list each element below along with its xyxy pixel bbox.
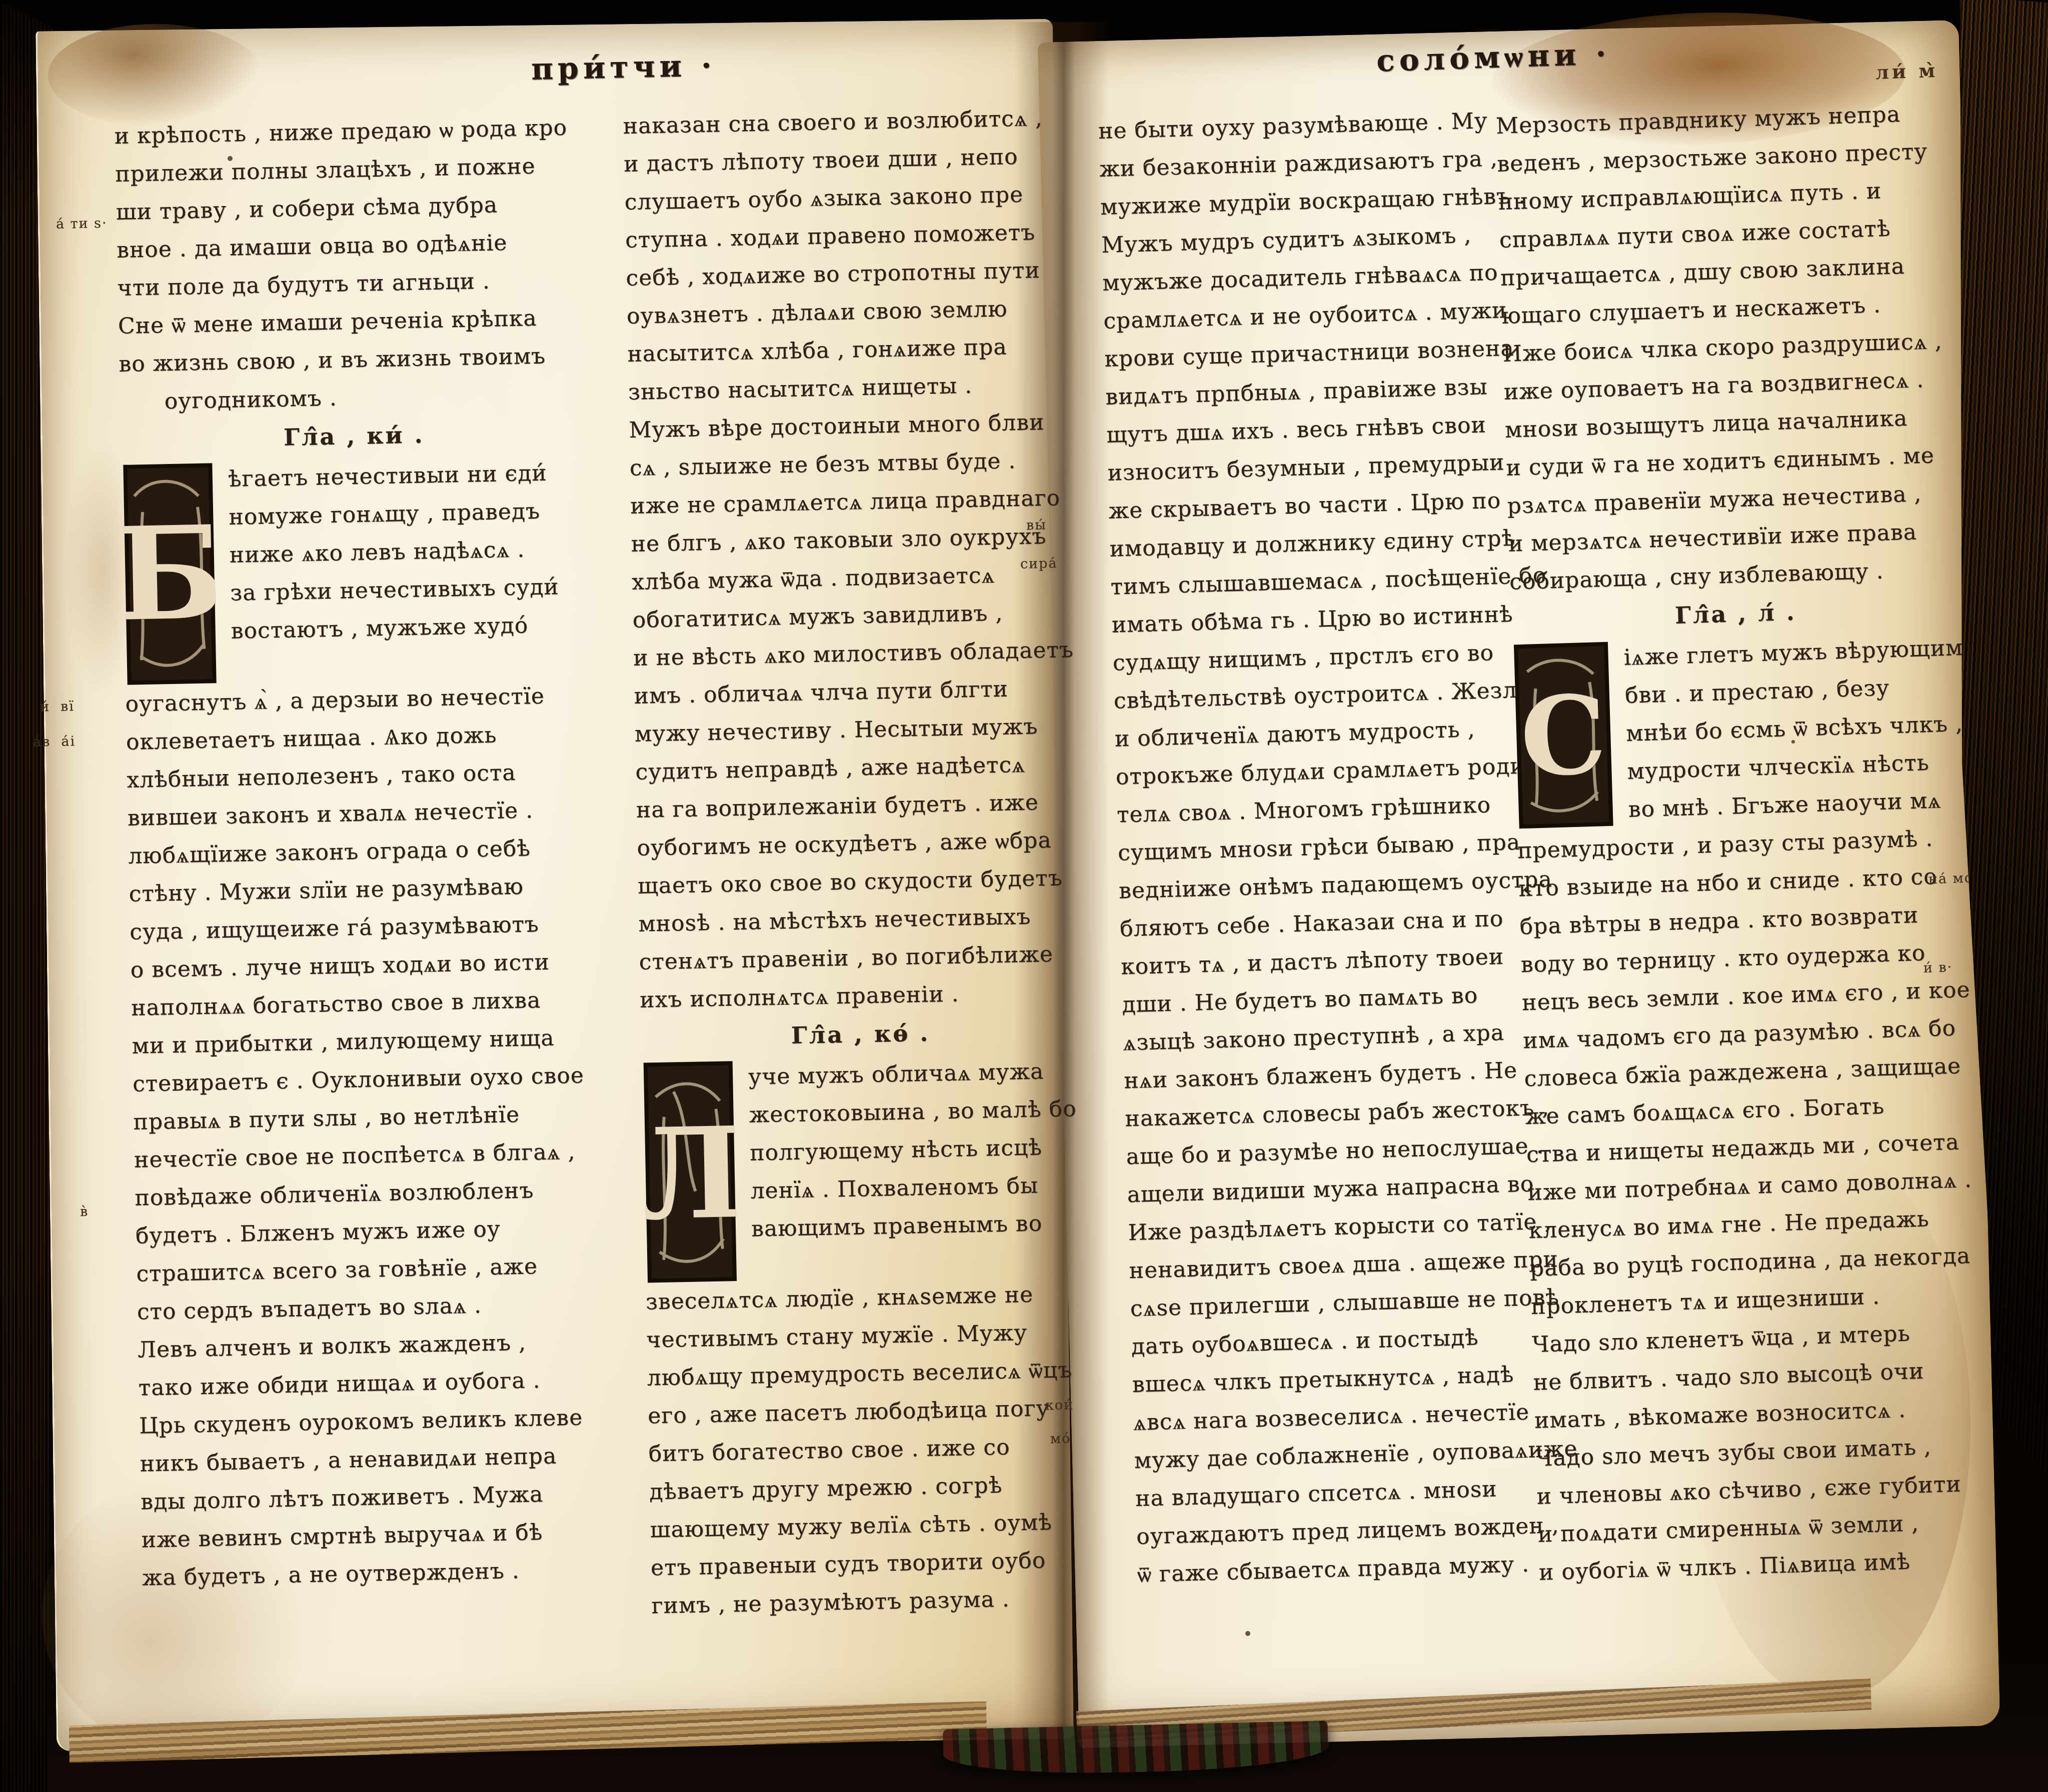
initial-adjacent-lines: ѣгаетъ нечестивыи ни єди́номуже гонѧщу ,… bbox=[228, 450, 592, 650]
text-column-2: наказан сна своего и возлюбитсѧ ,и дастъ… bbox=[623, 99, 1092, 1625]
initial-letter: С bbox=[1518, 671, 1608, 800]
text-line: ниже ѧко левъ надѣѧсѧ . bbox=[229, 529, 590, 574]
column4-opening-lines: Мерзость правднику мужъ неправеденъ , ме… bbox=[1495, 94, 1960, 601]
text-line: номуже гонѧщу , праведъ bbox=[229, 491, 590, 536]
text-line: ленїѧ . Похваленомъ бы bbox=[750, 1166, 1084, 1210]
column4-body-lines: премудрости , и разу сты разумѣ .кто взы… bbox=[1517, 819, 1989, 1592]
woodcut-initial-l: Л bbox=[643, 1060, 737, 1283]
margin-note: сира́ bbox=[1020, 555, 1058, 572]
initial-letter: Л bbox=[643, 1099, 737, 1248]
running-title-left: при́тчи · bbox=[531, 48, 716, 87]
text-line: вающимъ правенымъ во bbox=[751, 1204, 1084, 1248]
initial-adjacent-lines: уче мужъ обличаѧ мужажестоковыина , во м… bbox=[748, 1049, 1084, 1248]
text-line: жестоковыина , во малѣ бо bbox=[749, 1090, 1082, 1134]
text-line: уче мужъ обличаѧ мужа bbox=[748, 1052, 1082, 1096]
ink-speck bbox=[1245, 1631, 1250, 1636]
folio-number: ли́ м̀ bbox=[1875, 59, 1938, 83]
woodcut-initial-s: С bbox=[1513, 641, 1614, 829]
margin-note: а́в а́і bbox=[33, 733, 76, 750]
column1-opening-lines: и крѣпость , ниже предаю ѡ рода кроприле… bbox=[114, 108, 587, 421]
column1-body-lines: оугаснутъ ѧ̀ , а дерзыи во нечестїеоклев… bbox=[125, 676, 610, 1597]
chapter-28-opening: Б ѣгаетъ нечестивыи ни єди́номуже гонѧщу… bbox=[121, 450, 593, 685]
margin-note: в̀ bbox=[80, 1204, 89, 1220]
text-line: полгующему нѣсть исцѣ bbox=[749, 1128, 1083, 1172]
chapter-29-opening: Л уче мужъ обличаѧ мужажестоковыина , во… bbox=[641, 1049, 1085, 1283]
sewn-endband bbox=[943, 1720, 1329, 1776]
running-title-right: соло́мѡни · bbox=[1376, 36, 1611, 79]
margin-note: кои́ bbox=[1045, 1397, 1074, 1413]
woodcut-initial-b: Б bbox=[123, 462, 217, 685]
margin-note: а́ ти ѕ· bbox=[56, 215, 108, 232]
text-column-1: и крѣпость , ниже предаю ѡ рода кроприле… bbox=[114, 108, 610, 1597]
book-photograph: при́тчи · соло́мѡни · ли́ м̀ и крѣпость … bbox=[0, 0, 2048, 1792]
margin-note: на́ мо bbox=[1928, 870, 1973, 887]
margin-note: и́ в· bbox=[1923, 959, 1952, 976]
margin-note: и́ вї bbox=[40, 698, 75, 715]
initial-letter: Б bbox=[123, 498, 217, 650]
text-column-4: Мерзость правднику мужъ неправеденъ , ме… bbox=[1495, 94, 1989, 1591]
text-line: востаютъ , мужъже худо́ bbox=[231, 605, 592, 650]
text-line: ѣгаетъ нечестивыи ни єди́ bbox=[228, 453, 589, 498]
margin-note: мо́ bbox=[1050, 1431, 1071, 1447]
column2-opening-lines: наказан сна своего и возлюбитсѧ ,и дастъ… bbox=[623, 99, 1080, 1019]
margin-note: вы́ bbox=[1026, 517, 1047, 534]
text-line: за грѣхи нечестивыхъ суди́ bbox=[230, 567, 591, 612]
initial-adjacent-lines: іѧже глетъ мужъ вѣрующимъбви . и престаю… bbox=[1623, 625, 1988, 829]
column2-body-lines: звеселѧтсѧ людїе , кнѧѕемже нечестивымъ … bbox=[645, 1275, 1092, 1625]
chapter-30-opening: С іѧже глетъ мужъ вѣрующимъбви . и прест… bbox=[1511, 626, 1967, 832]
